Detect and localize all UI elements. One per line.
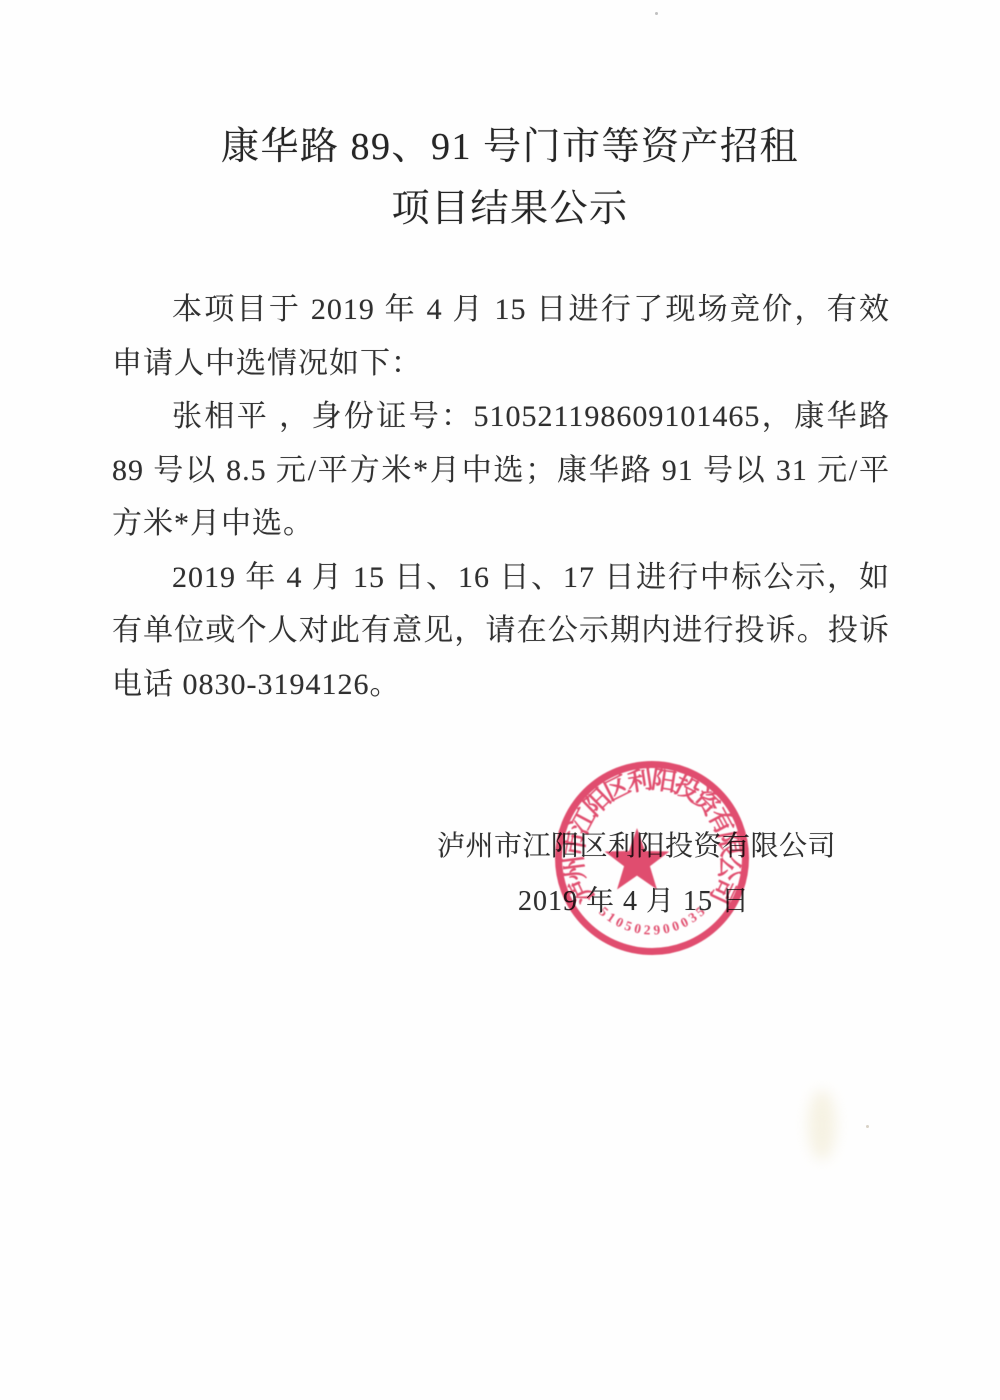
scan-speck <box>655 12 658 15</box>
company-seal-stamp: 泸州市江阳区利阳投资有限公司510502900035 <box>542 748 762 968</box>
scanned-document-page: 康华路 89、91 号门市等资产招租 项目结果公示 本项目于 2019 年 4 … <box>0 0 1000 1400</box>
document-body: 本项目于 2019 年 4 月 15 日进行了现场竞价，有效申请人中选情况如下：… <box>112 283 890 711</box>
scan-smudge <box>808 1090 836 1160</box>
scan-speck <box>866 1125 869 1128</box>
paragraph-auction-result: 本项目于 2019 年 4 月 15 日进行了现场竞价，有效申请人中选情况如下： <box>112 283 890 390</box>
title-line-1: 康华路 89、91 号门市等资产招租 <box>30 116 990 178</box>
paragraph-publicity-period: 2019 年 4 月 15 日、16 日、17 日进行中标公示，如有单位或个人对… <box>112 551 890 712</box>
title-line-2: 项目结果公示 <box>30 178 990 240</box>
svg-text:0: 0 <box>633 921 643 937</box>
paragraph-winner-info: 张相平 ，身份证号：510521198609101465，康华路 89 号以 8… <box>112 390 890 551</box>
svg-text:2: 2 <box>643 922 651 937</box>
svg-text:9: 9 <box>653 922 661 937</box>
document-title: 康华路 89、91 号门市等资产招租 项目结果公示 <box>30 116 990 240</box>
